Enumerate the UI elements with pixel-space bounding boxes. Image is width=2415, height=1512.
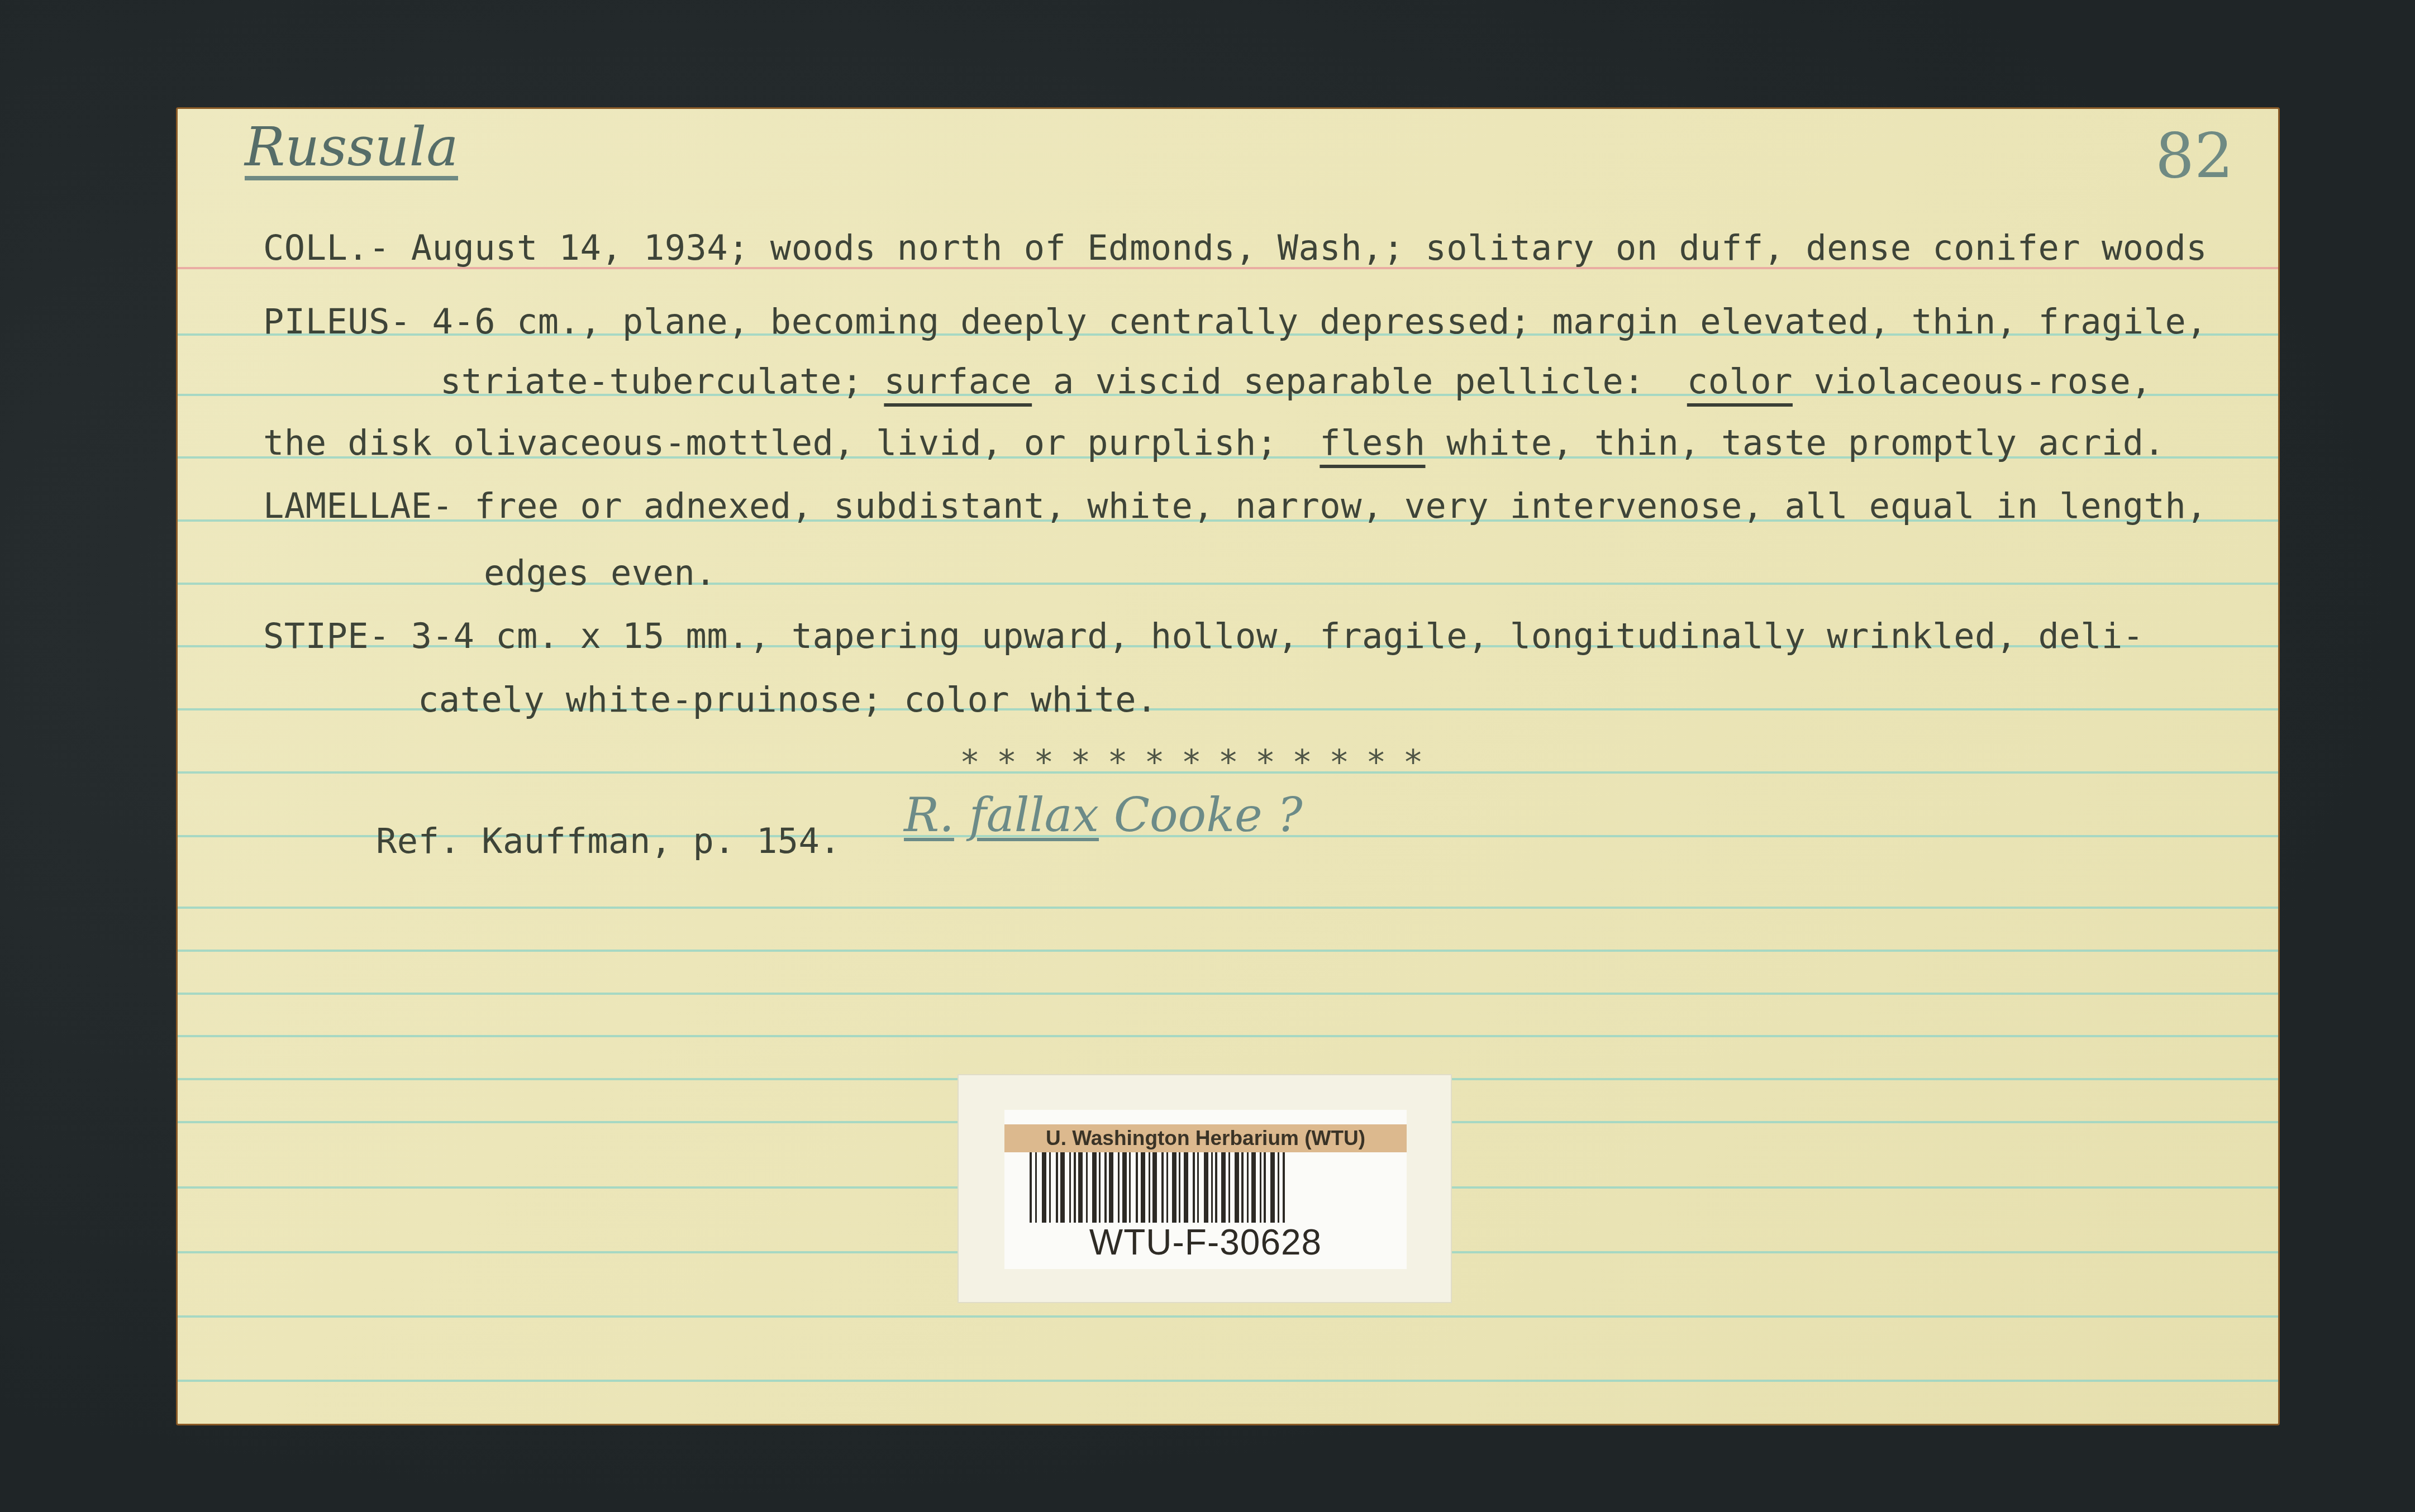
lamellae-line-2: edges even. [484,556,716,590]
determination-annotation: R. fallax Cooke ? [904,788,1303,842]
annotation-author: Cooke [1114,788,1263,842]
teal-rule [178,1035,2278,1037]
pileus-line-2: striate-tuberculate; surface a viscid se… [440,364,2152,399]
teal-rule [178,950,2278,952]
collection-line: COLL.- August 14, 1934; woods north of E… [263,231,2207,265]
annotation-query: ? [1277,788,1302,842]
pileus-text: white, thin, taste promptly acrid. [1426,422,2165,463]
barcode-icon [1030,1152,1382,1223]
reference-line: Ref. Kauffman, p. 154. [376,824,841,858]
barcode-label-backing: U. Washington Herbarium (WTU) [958,1074,1452,1303]
pileus-line-3: the disk olivaceous-mottled, livid, or p… [263,426,2165,460]
lamellae-line-1: LAMELLAE- free or adnexed, subdistant, w… [263,489,2207,523]
teal-rule [178,907,2278,909]
specimen-id: WTU-F-30628 [1004,1222,1407,1263]
pileus-text: striate-tuberculate; [440,361,884,402]
stipe-line-2: cately white-pruinose; color white. [418,683,1158,717]
barcode-label: U. Washington Herbarium (WTU) [1004,1110,1407,1269]
teal-rule [178,1315,2278,1318]
color-keyword: color [1687,361,1793,402]
pileus-text: the disk olivaceous-mottled, livid, or p… [263,422,1320,463]
separator-asterisks: ************* [960,743,1440,782]
genus-handwritten: Russula [245,120,458,180]
card-number: 82 [2155,120,2233,192]
annotation-genus: R. [904,788,954,842]
teal-rule [178,1380,2278,1382]
stipe-line-1: STIPE- 3-4 cm. x 15 mm., tapering upward… [263,619,2144,654]
flesh-keyword: flesh [1320,422,1425,463]
surface-keyword: surface [884,361,1032,402]
pileus-text: a viscid separable pellicle: [1032,361,1687,402]
annotation-epithet: fallax [969,788,1099,842]
institution-band: U. Washington Herbarium (WTU) [1004,1124,1407,1152]
pileus-line-1: PILEUS- 4-6 cm., plane, becoming deeply … [263,304,2207,339]
pileus-text: violaceous-rose, [1793,361,2152,402]
teal-rule [178,993,2278,995]
herbarium-card: Russula 82 COLL.- August 14, 1934; woods… [176,107,2280,1425]
